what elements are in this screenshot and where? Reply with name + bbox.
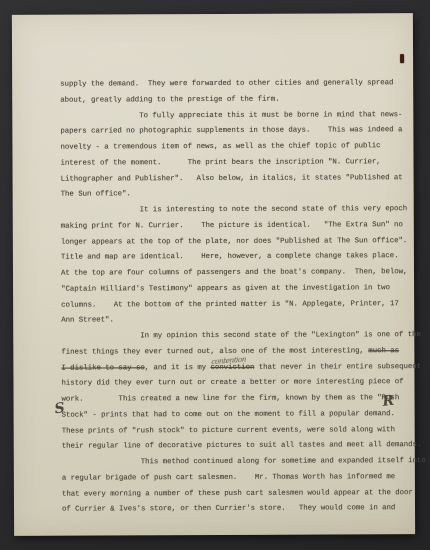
text-line: their regular line of decorative picture… xyxy=(62,438,412,455)
handwritten-letter-r: R xyxy=(382,393,395,410)
text-line: "Captain Hilliard's Testimony" appears a… xyxy=(61,281,411,298)
text-line: longer appears at the top of the plate, … xyxy=(61,234,411,251)
text-line: Lithographer and Publisher". Also below,… xyxy=(61,171,411,188)
text-line: papers carried no photographic supplemen… xyxy=(60,123,410,140)
handwritten-letter-s: S xyxy=(53,400,65,417)
text-line: Title and map are identical. Here, howev… xyxy=(61,249,411,266)
photo-background: supply the demand. They were forwarded t… xyxy=(0,0,430,550)
text-line: To fully appreciate this it must be born… xyxy=(60,108,410,125)
text-line: history did they ever turn out or create… xyxy=(61,375,411,392)
text-line: interest of the moment. The print bears … xyxy=(60,155,410,172)
document-page: supply the demand. They were forwarded t… xyxy=(12,13,415,536)
text-line: a regular brigade of push cart salesmen.… xyxy=(62,470,412,487)
text-line: This method continued along for sometime… xyxy=(62,454,412,471)
text-line: novelty - a tremendous item of news, as … xyxy=(60,139,410,156)
text-line: columns. At the bottom of the printed ma… xyxy=(61,297,411,314)
text-line: that every morning a number of these pus… xyxy=(62,486,412,503)
text-line: It is interesting to note the second sta… xyxy=(61,202,411,219)
text-line: work. This created a new line for the fi… xyxy=(62,391,412,408)
text-line: making print for N. Currier. The picture… xyxy=(61,218,411,235)
text-line: Ann Street". xyxy=(61,312,411,329)
text-line: At the top are four columns of passenger… xyxy=(61,265,411,282)
text-line: of Currier & Ives's store, or then Curri… xyxy=(62,501,412,518)
text-line: about, greatly adding to the prestige of… xyxy=(60,92,410,109)
typewritten-text-block: supply the demand. They were forwarded t… xyxy=(60,76,412,519)
text-line: These prints of "rush stock" to picture … xyxy=(62,423,412,440)
text-line: supply the demand. They were forwarded t… xyxy=(60,76,410,93)
text-line: Stock" - prints that had to come out on … xyxy=(62,407,412,424)
text-line: In my opinion this second state of the "… xyxy=(61,328,411,345)
text-line: The Sun office". xyxy=(61,186,411,203)
paper-edge-mark xyxy=(400,54,404,63)
